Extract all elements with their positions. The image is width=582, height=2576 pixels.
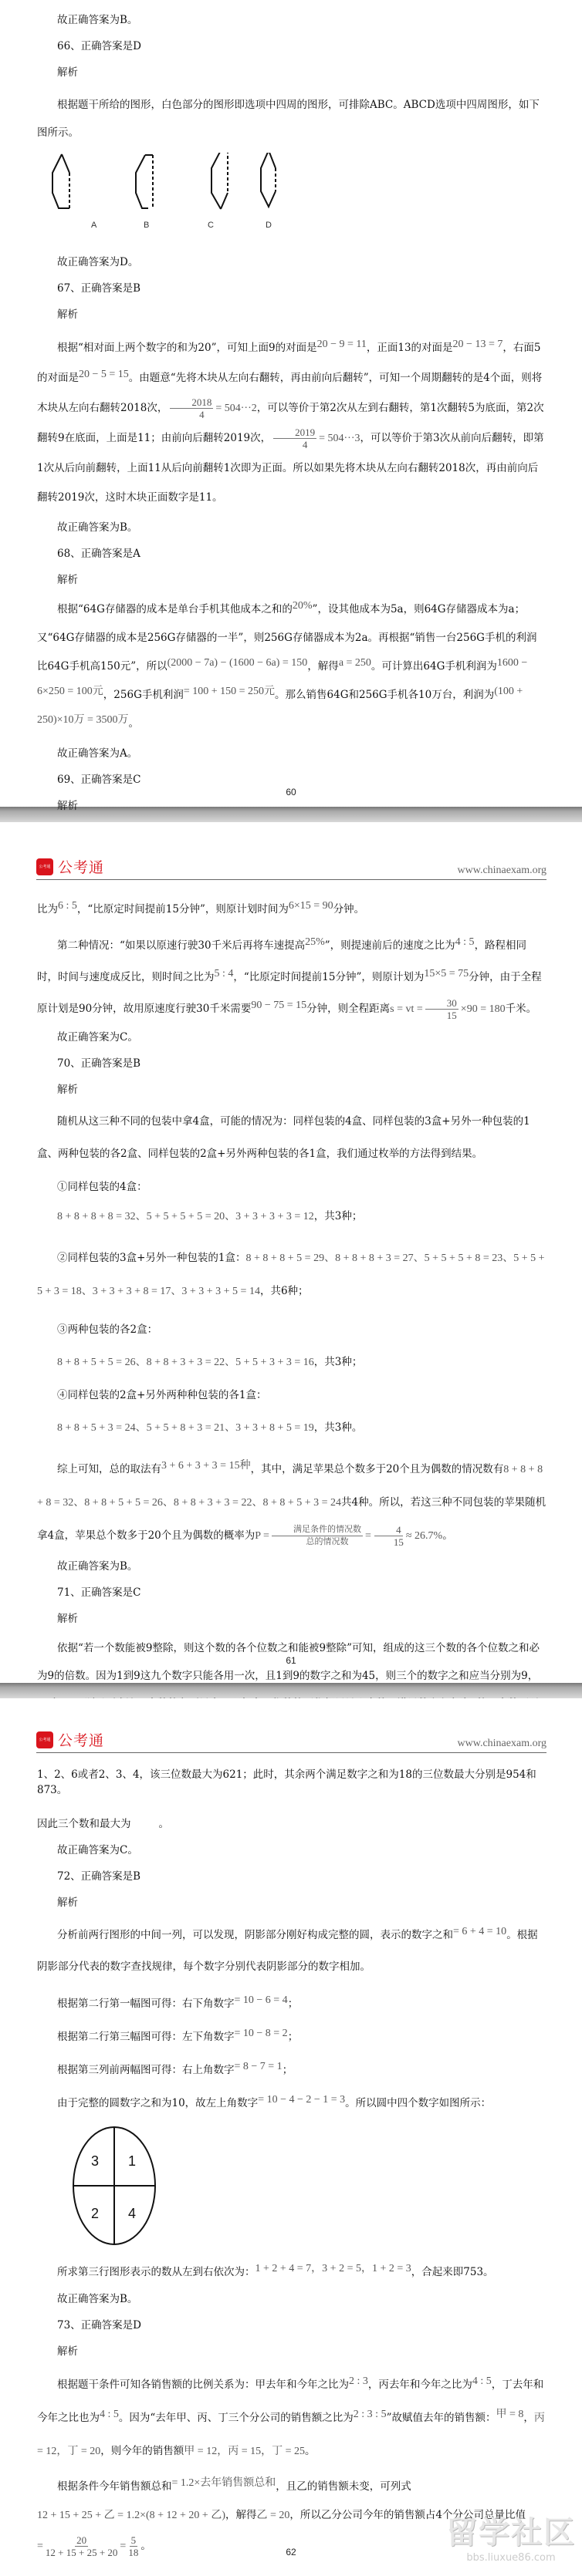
watermark: 留学社区 bbs.liuxue86.com	[446, 2508, 576, 2564]
page-number-60: 60	[0, 787, 582, 797]
logo-icon: 公考通	[36, 1731, 53, 1748]
q73-text: 根据题干条件可知各销售额的比例关系为：甲去年和今年之比为2 : 3，丙去年和今年…	[37, 2369, 546, 2468]
q70-case4-title: ④同样包装的2盒+另外两种种包装的各1盒：	[37, 1387, 546, 1403]
q65-final: 故正确答案为B。	[37, 12, 546, 28]
circle-top-right: 1	[128, 2153, 136, 2170]
q71-text-part3: 因此三个数和最大为。	[37, 1816, 546, 1832]
q66-label-c: C	[208, 221, 214, 230]
logo-text: 公考通	[58, 1729, 104, 1750]
q70-case3: 8 + 8 + 5 + 5 = 26、8 + 8 + 3 + 3 = 22、5 …	[37, 1354, 546, 1371]
q71-text-part2: 1、2、6或者2、3、4，该三位数最大为621；此时，其余两个满足数字之和为18…	[37, 1767, 546, 1798]
q70-case4: 8 + 8 + 5 + 3 = 24、5 + 5 + 8 + 3 = 21、3 …	[37, 1420, 546, 1436]
q72-circle-figure: 3 1 2 4	[68, 2124, 161, 2247]
site-url: www.chinaexam.org	[458, 865, 546, 877]
logo-text: 公考通	[58, 856, 104, 877]
circle-quadrants-diagram	[68, 2124, 161, 2247]
q69-final: 故正确答案为C。	[37, 1030, 546, 1045]
q68-text: 根据“64G存储器的成本是单台手机其他成本之和的20%”，设其他成本为5a，则6…	[37, 595, 546, 738]
page-60: 故正确答案为B。 66、正确答案是D 解析 根据题干所给的图形，白色部分的图形即…	[0, 0, 582, 807]
q66-analysis-label: 解析	[37, 65, 546, 80]
circle-bottom-right: 4	[128, 2206, 136, 2222]
q69-text-part3: 第二种情况：“如果以原速行驶30千米后再将车速提高25%”，则提速前后的速度之比…	[37, 930, 546, 1025]
q70-analysis-label: 解析	[37, 1082, 546, 1097]
q66-label-a: A	[91, 221, 96, 230]
logo: 公考通 公考通	[36, 856, 104, 877]
q71-final: 故正确答案为C。	[37, 1843, 546, 1858]
q70-case2: ②同样包装的3盒+另外一种包装的1盒：8 + 8 + 8 + 5 = 29、8 …	[37, 1242, 546, 1308]
q72-result: 所求第三行图形表示的数从左到右依次为：1 + 2 + 4 = 7，3 + 2 =…	[37, 2264, 546, 2281]
q66-label-b: B	[144, 221, 149, 230]
q72-text: 分析前两行图形的中间一列，可以发现，阴影部分刚好构成完整的圆，表示的数字之和= …	[37, 1920, 546, 1982]
q69-analysis-label: 解析	[37, 798, 546, 814]
q70-title: 70、正确答案是B	[37, 1056, 546, 1071]
page-number-61: 61	[0, 1655, 582, 1666]
q66-final: 故正确答案为D。	[37, 255, 546, 270]
q67-final: 故正确答案为B。	[37, 520, 546, 535]
q71-title: 71、正确答案是C	[37, 1585, 546, 1600]
q66-text: 根据题干所给的图形，白色部分的图形即选项中四周的图形，可排除ABC。ABCD选项…	[37, 91, 546, 147]
logo-icon: 公考通	[36, 858, 53, 875]
q72-step2: 根据第二行第三幅图可得：左下角数字= 10 − 8 = 2；	[37, 2029, 546, 2045]
q68-final: 故正确答案为A。	[37, 746, 546, 761]
q66-title: 66、正确答案是D	[37, 39, 546, 54]
q73-title: 73、正确答案是D	[37, 2318, 546, 2333]
q70-summary: 综上可知，总的取法有3 + 6 + 3 + 3 = 15种，其中，满足苹果总个数…	[37, 1453, 546, 1553]
circle-top-left: 3	[91, 2153, 99, 2170]
q66-label-d: D	[266, 221, 272, 230]
site-url: www.chinaexam.org	[458, 1738, 546, 1750]
watermark-logo: 留学社区	[446, 2508, 576, 2552]
q67-analysis-label: 解析	[37, 307, 546, 322]
q69-title: 69、正确答案是C	[37, 772, 546, 787]
q70-intro: 随机从这三种不同的包装中拿4盒，可能的情况为：同样包装的4盒、同样包装的3盒+另…	[37, 1105, 546, 1170]
q69-text-part2: 比为6 : 5，“比原定时间提前15分钟”，则原计划时间为6×15 = 90分钟…	[37, 895, 546, 924]
q72-step3: 根据第三列前两幅图可得：右上角数字= 8 − 7 = 1；	[37, 2062, 546, 2079]
circle-bottom-left: 2	[91, 2206, 99, 2222]
q72-analysis-label: 解析	[37, 1895, 546, 1910]
page-header: 公考通 公考通 www.chinaexam.org	[36, 856, 546, 880]
page-header: 公考通 公考通 www.chinaexam.org	[36, 1729, 546, 1753]
q70-final: 故正确答案为B。	[37, 1559, 546, 1574]
watermark-url: bbs.liuxue86.com	[446, 2552, 576, 2564]
q68-analysis-label: 解析	[37, 572, 546, 588]
q70-case3-title: ③两种包装的各2盒：	[37, 1322, 546, 1337]
q70-case1-title: ①同样包装的4盒：	[37, 1179, 546, 1195]
q73-analysis-label: 解析	[37, 2344, 546, 2359]
q71-analysis-label: 解析	[37, 1611, 546, 1627]
page-62: 公考通 公考通 www.chinaexam.org 1、2、6或者2、3、4，该…	[0, 1698, 582, 2576]
q72-final: 故正确答案为B。	[37, 2291, 546, 2307]
q72-title: 72、正确答案是B	[37, 1869, 546, 1884]
q72-step1: 根据第二行第一幅图可得：右下角数字= 10 − 6 = 4；	[37, 1996, 546, 2012]
q70-case1: 8 + 8 + 8 + 8 = 32、5 + 5 + 5 + 5 = 20、3 …	[37, 1209, 546, 1225]
page-61: 公考通 公考通 www.chinaexam.org 比为6 : 5，“比原定时间…	[0, 822, 582, 1683]
q67-title: 67、正确答案是B	[37, 281, 546, 296]
logo: 公考通 公考通	[36, 1729, 104, 1750]
q72-step4: 由于完整的圆数字之和为10，故左上角数字= 10 − 4 − 2 − 1 = 3…	[37, 2096, 546, 2112]
q67-text: 根据“相对面上两个数字的和为20”，可知上面9的对面是20 − 9 = 11，正…	[37, 333, 546, 512]
q68-title: 68、正确答案是A	[37, 546, 546, 561]
q66-figure: A B C D	[37, 153, 546, 245]
q73-step: 根据条件今年销售额总和= 1.2×去年销售额总和，且乙的销售额未变，可列式	[37, 2479, 546, 2495]
